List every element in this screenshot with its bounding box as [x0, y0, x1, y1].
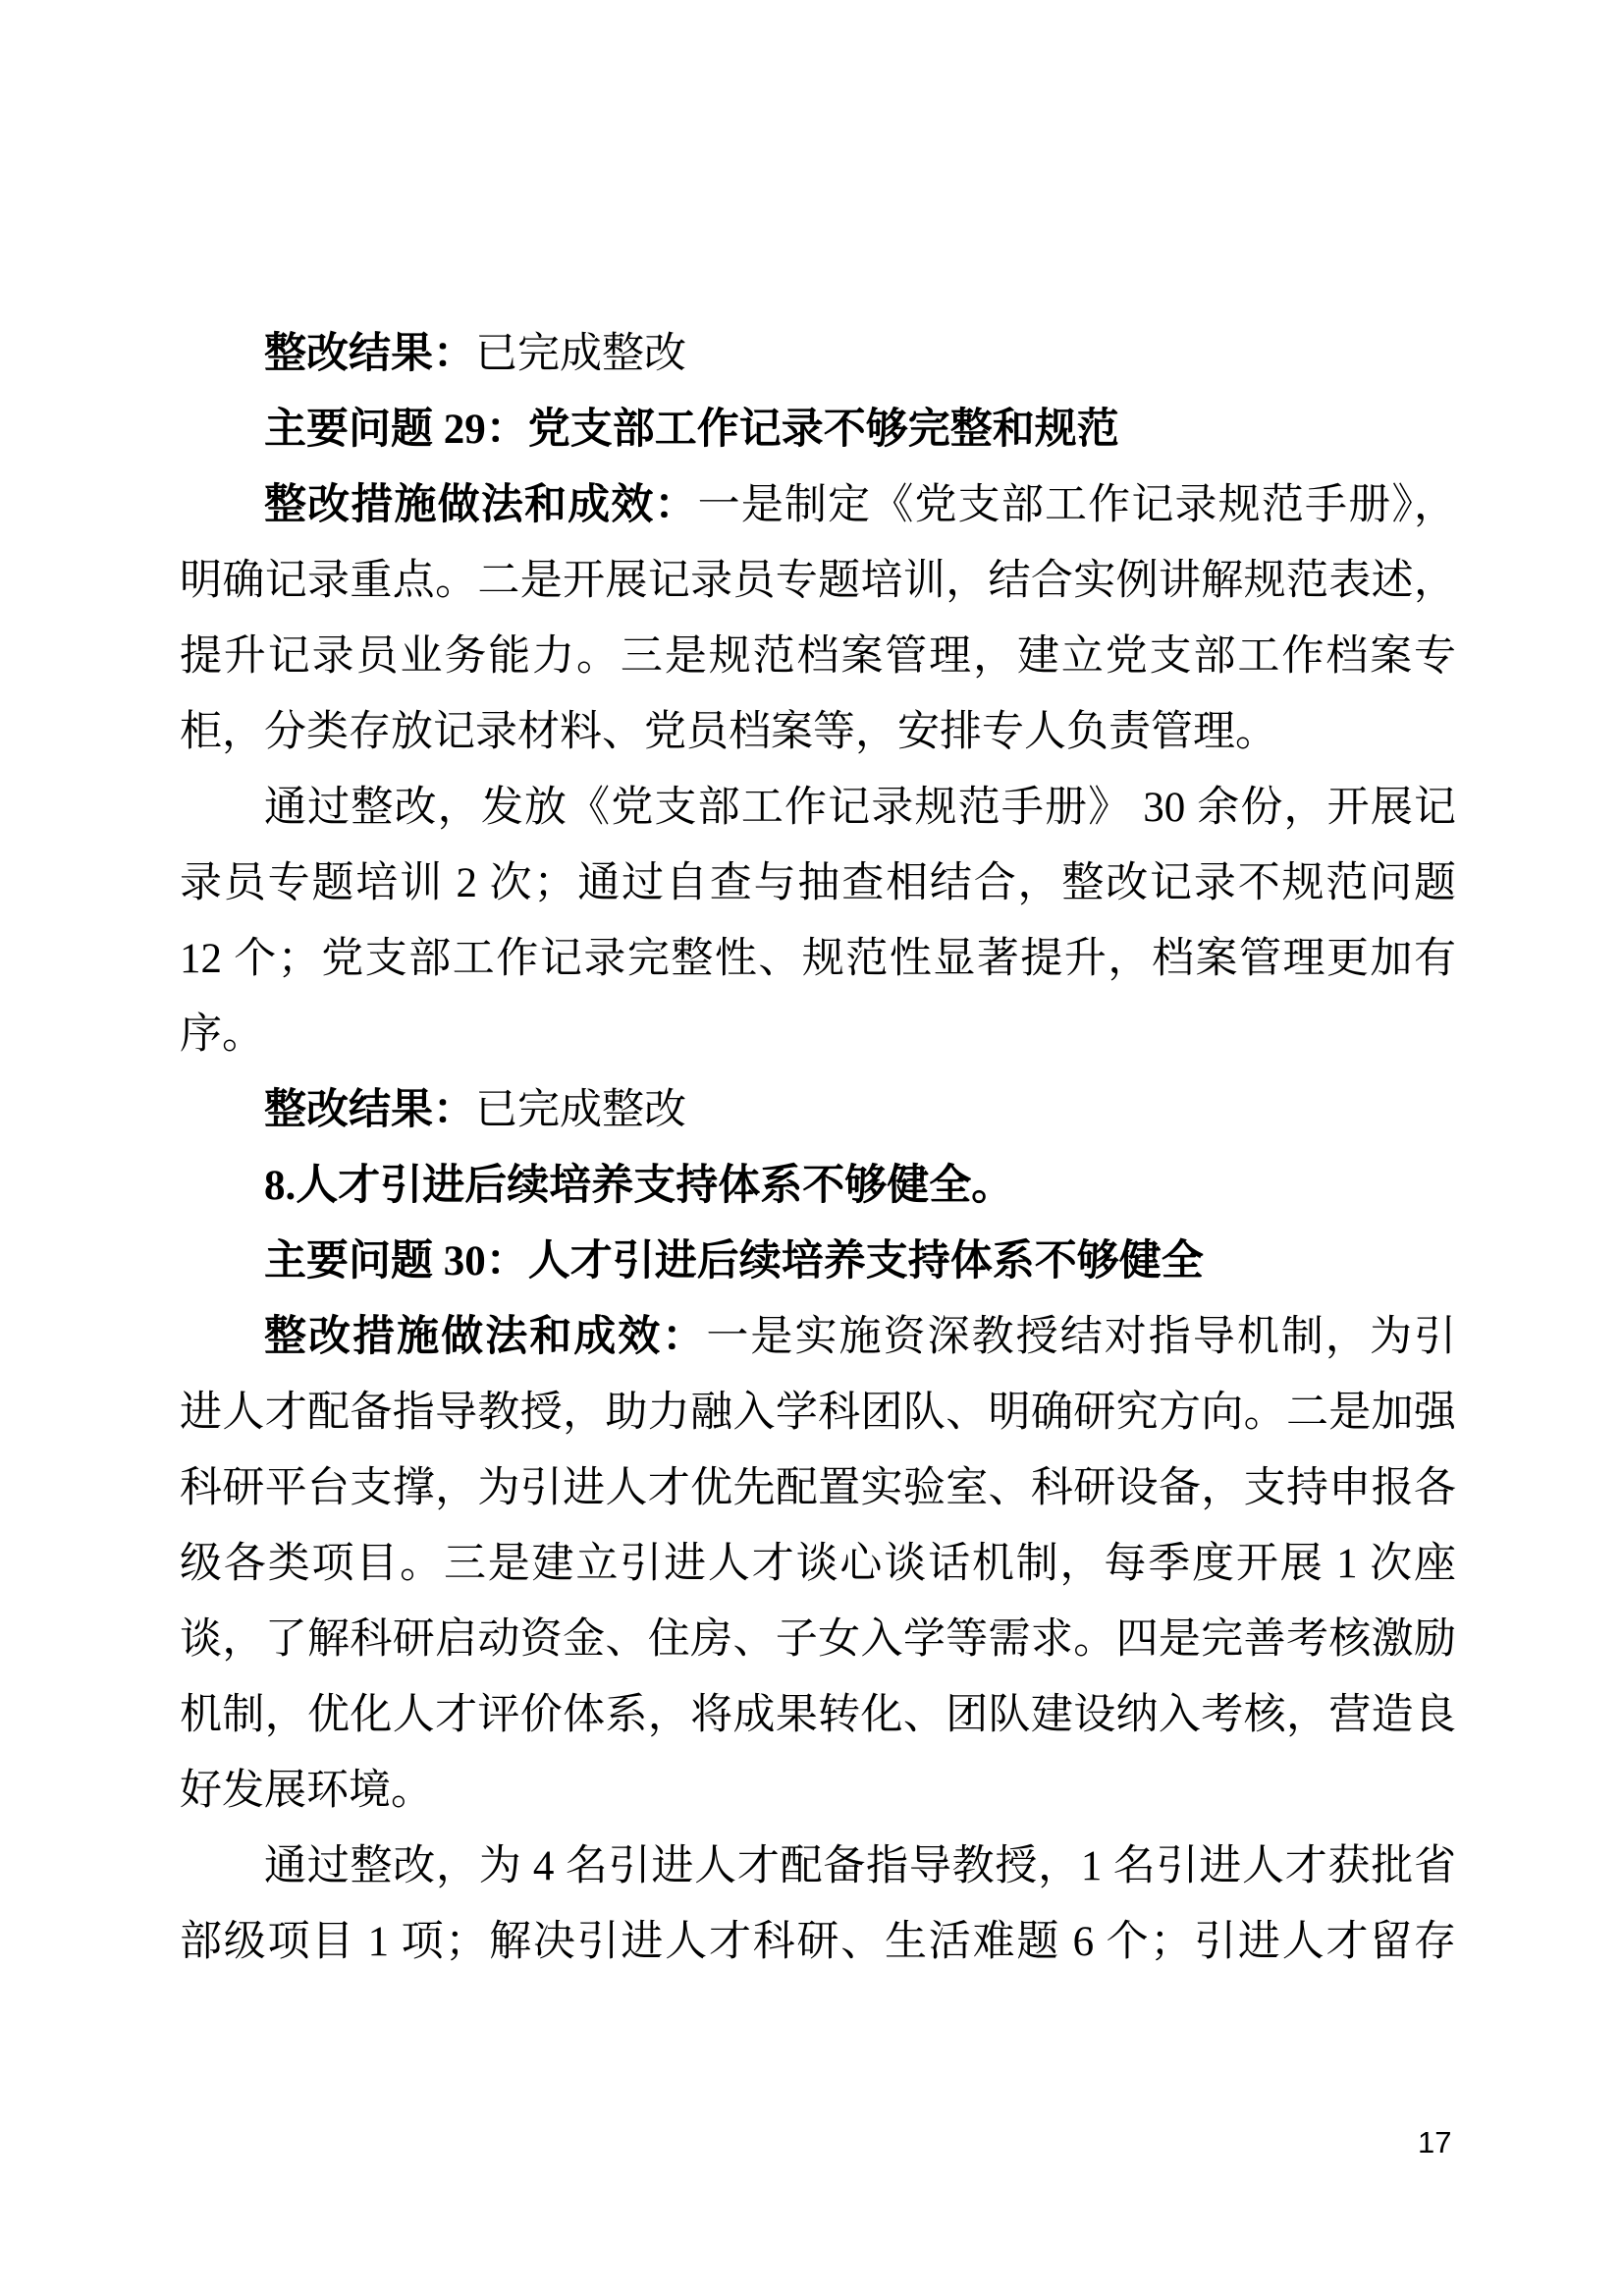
- text-line-3: 整改措施做法和成效：一是制定《党支部工作记录规范手册》，: [180, 467, 1456, 543]
- document-text-block: 整改结果：已完成整改主要问题 29：党支部工作记录不够完整和规范整改措施做法和成…: [180, 316, 1456, 1980]
- text-segment: 进人才配备指导教授，助力融入学科团队、明确研究方向。二是加强: [180, 1390, 1456, 1436]
- text-segment: 科研平台支撑，为引进人才优先配置实验室、科研设备，支持申报各: [180, 1465, 1456, 1511]
- text-line-19: 机制，优化人才评价体系，将成果转化、团队建设纳入考核，营造良: [180, 1677, 1456, 1753]
- text-segment-bold: 主要问题 30：人才引进后续培养支持体系不够健全: [264, 1238, 1204, 1285]
- text-line-15: 进人才配备指导教授，助力融入学科团队、明确研究方向。二是加强: [180, 1375, 1456, 1450]
- text-segment: 好发展环境。: [180, 1768, 433, 1814]
- text-segment-bold: 8.人才引进后续培养支持体系不够健全。: [264, 1163, 1013, 1209]
- text-segment-bold: 整改措施做法和成效：: [264, 1314, 706, 1360]
- text-segment: 序。: [180, 1011, 264, 1058]
- text-segment: 已完成整改: [475, 1087, 686, 1133]
- text-line-16: 科研平台支撑，为引进人才优先配置实验室、科研设备，支持申报各: [180, 1450, 1456, 1526]
- text-segment-bold: 整改措施做法和成效：: [264, 482, 698, 528]
- text-segment-bold: 整改结果：: [264, 331, 475, 377]
- page-number: 17: [1418, 2124, 1451, 2161]
- text-line-22: 部级项目 1 项；解决引进人才科研、生活难题 6 个；引进人才留存: [180, 1904, 1456, 1980]
- text-segment: 录员专题培训 2 次；通过自查与抽查相结合，整改记录不规范问题: [180, 860, 1456, 906]
- text-line-12: 8.人才引进后续培养支持体系不够健全。: [180, 1148, 1456, 1224]
- text-segment: 谈，了解科研启动资金、住房、子女入学等需求。四是完善考核激励: [180, 1616, 1456, 1663]
- text-segment: 提升记录员业务能力。三是规范档案管理，建立党支部工作档案专: [180, 633, 1456, 680]
- text-line-10: 序。: [180, 997, 1456, 1072]
- text-segment-bold: 整改结果：: [264, 1087, 475, 1133]
- text-segment: 一是制定《党支部工作记录规范手册》，: [698, 482, 1456, 528]
- text-segment: 通过整改，发放《党支部工作记录规范手册》 30 余份，开展记: [264, 785, 1456, 831]
- text-segment: 已完成整改: [475, 331, 686, 377]
- text-line-7: 通过整改，发放《党支部工作记录规范手册》 30 余份，开展记: [180, 770, 1456, 846]
- text-line-13: 主要问题 30：人才引进后续培养支持体系不够健全: [180, 1224, 1456, 1299]
- text-segment: 明确记录重点。二是开展记录员专题培训，结合实例讲解规范表述，: [180, 558, 1456, 604]
- text-line-6: 柜，分类存放记录材料、党员档案等，安排专人负责管理。: [180, 694, 1456, 770]
- text-line-11: 整改结果：已完成整改: [180, 1072, 1456, 1148]
- text-segment: 级各类项目。三是建立引进人才谈心谈话机制，每季度开展 1 次座: [180, 1541, 1456, 1587]
- text-line-20: 好发展环境。: [180, 1753, 1456, 1829]
- text-segment: 部级项目 1 项；解决引进人才科研、生活难题 6 个；引进人才留存: [180, 1919, 1456, 1965]
- text-line-9: 12 个；党支部工作记录完整性、规范性显著提升，档案管理更加有: [180, 921, 1456, 997]
- text-segment: 柜，分类存放记录材料、党员档案等，安排专人负责管理。: [180, 709, 1277, 755]
- text-segment-bold: 主要问题 29：党支部工作记录不够完整和规范: [264, 407, 1119, 453]
- text-segment: 一是实施资深教授结对指导机制，为引: [706, 1314, 1456, 1360]
- text-line-8: 录员专题培训 2 次；通过自查与抽查相结合，整改记录不规范问题: [180, 846, 1456, 921]
- document-page: 整改结果：已完成整改主要问题 29：党支部工作记录不够完整和规范整改措施做法和成…: [0, 0, 1622, 2296]
- text-line-5: 提升记录员业务能力。三是规范档案管理，建立党支部工作档案专: [180, 619, 1456, 694]
- text-line-2: 主要问题 29：党支部工作记录不够完整和规范: [180, 392, 1456, 467]
- text-line-21: 通过整改，为 4 名引进人才配备指导教授，1 名引进人才获批省: [180, 1829, 1456, 1904]
- text-line-18: 谈，了解科研启动资金、住房、子女入学等需求。四是完善考核激励: [180, 1602, 1456, 1677]
- text-line-4: 明确记录重点。二是开展记录员专题培训，结合实例讲解规范表述，: [180, 543, 1456, 619]
- text-line-1: 整改结果：已完成整改: [180, 316, 1456, 392]
- text-segment: 机制，优化人才评价体系，将成果转化、团队建设纳入考核，营造良: [180, 1692, 1456, 1738]
- text-line-17: 级各类项目。三是建立引进人才谈心谈话机制，每季度开展 1 次座: [180, 1526, 1456, 1602]
- text-segment: 通过整改，为 4 名引进人才配备指导教授，1 名引进人才获批省: [264, 1843, 1456, 1889]
- text-segment: 12 个；党支部工作记录完整性、规范性显著提升，档案管理更加有: [180, 936, 1456, 982]
- text-line-14: 整改措施做法和成效：一是实施资深教授结对指导机制，为引: [180, 1299, 1456, 1375]
